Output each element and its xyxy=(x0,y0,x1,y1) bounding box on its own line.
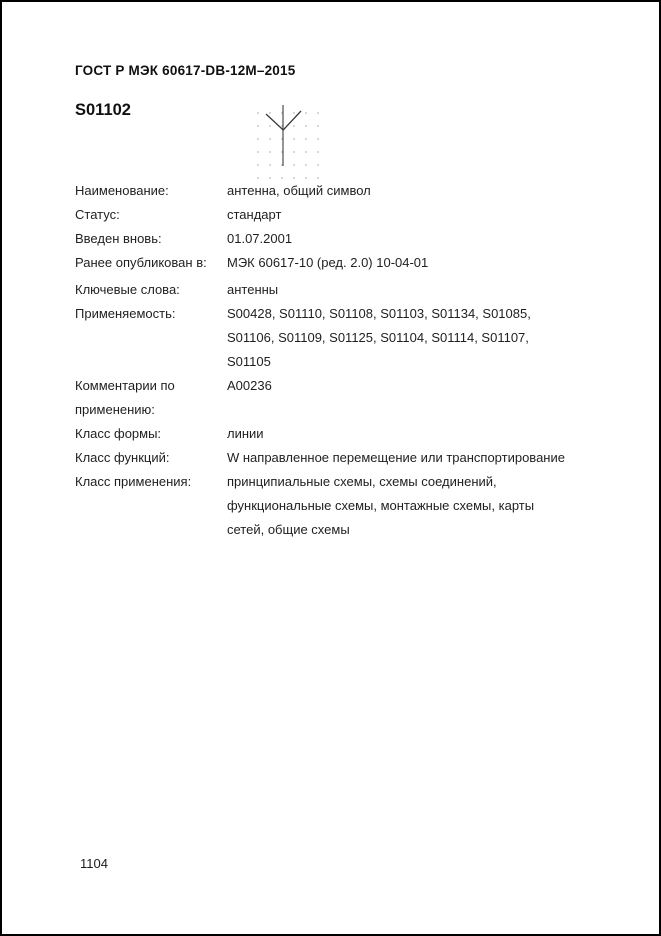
antenna-general-symbol-icon xyxy=(235,97,335,187)
row-value: сетей, общие схемы xyxy=(227,518,595,542)
row-value: S00428, S01110, S01108, S01103, S01134, … xyxy=(227,302,595,326)
row-label: применению: xyxy=(75,398,227,422)
row-label: Ранее опубликован в: xyxy=(75,251,227,275)
row-label: Введен вновь: xyxy=(75,227,227,251)
row-value: антенны xyxy=(227,278,595,302)
row-value: антенна, общий символ xyxy=(227,179,595,203)
row-value: S01106, S01109, S01125, S01104, S01114, … xyxy=(227,326,595,350)
row-label: Класс формы: xyxy=(75,422,227,446)
construction-dot-grid xyxy=(257,112,319,179)
row-value: функциональные схемы, монтажные схемы, к… xyxy=(227,494,595,518)
row-label: Класс применения: xyxy=(75,470,227,494)
row-label: Ключевые слова: xyxy=(75,278,227,302)
row-value: стандарт xyxy=(227,203,595,227)
document-header-title: ГОСТ Р МЭК 60617-DB-12M–2015 xyxy=(75,63,295,79)
symbol-id-heading: S01102 xyxy=(75,101,131,119)
page-number: 1104 xyxy=(80,852,108,876)
table-row: Применяемость: S00428, S01110, S01108, S… xyxy=(75,302,595,374)
table-row: Наименование: антенна, общий символ xyxy=(75,179,595,203)
row-label: Комментарии по xyxy=(75,374,227,398)
row-value: линии xyxy=(227,422,595,446)
table-row: Ключевые слова: антенны xyxy=(75,278,595,302)
row-value: A00236 xyxy=(227,374,595,398)
document-page: { "document": { "header_title": "ГОСТ Р … xyxy=(0,0,661,936)
row-label: Применяемость: xyxy=(75,302,227,326)
table-row: Класс применения: принципиальные схемы, … xyxy=(75,470,595,542)
row-label: Наименование: xyxy=(75,179,227,203)
symbol-figure xyxy=(235,97,335,187)
table-row: Комментарии по применению: A00236 xyxy=(75,374,595,422)
row-label: Класс функций: xyxy=(75,446,227,470)
row-value: 01.07.2001 xyxy=(227,227,595,251)
table-row: Класс формы: линии xyxy=(75,422,595,446)
row-value: МЭК 60617-10 (ред. 2.0) 10-04-01 xyxy=(227,251,595,275)
table-row: Введен вновь: 01.07.2001 xyxy=(75,227,595,251)
row-value: принципиальные схемы, схемы соединений, xyxy=(227,470,595,494)
row-value: S01105 xyxy=(227,350,595,374)
attributes-table: Наименование: антенна, общий символ Стат… xyxy=(75,179,595,542)
row-value: W направленное перемещение или транспорт… xyxy=(227,446,595,470)
row-label: Статус: xyxy=(75,203,227,227)
table-row: Класс функций: W направленное перемещени… xyxy=(75,446,595,470)
table-row: Статус: стандарт xyxy=(75,203,595,227)
table-row: Ранее опубликован в: МЭК 60617-10 (ред. … xyxy=(75,251,595,275)
